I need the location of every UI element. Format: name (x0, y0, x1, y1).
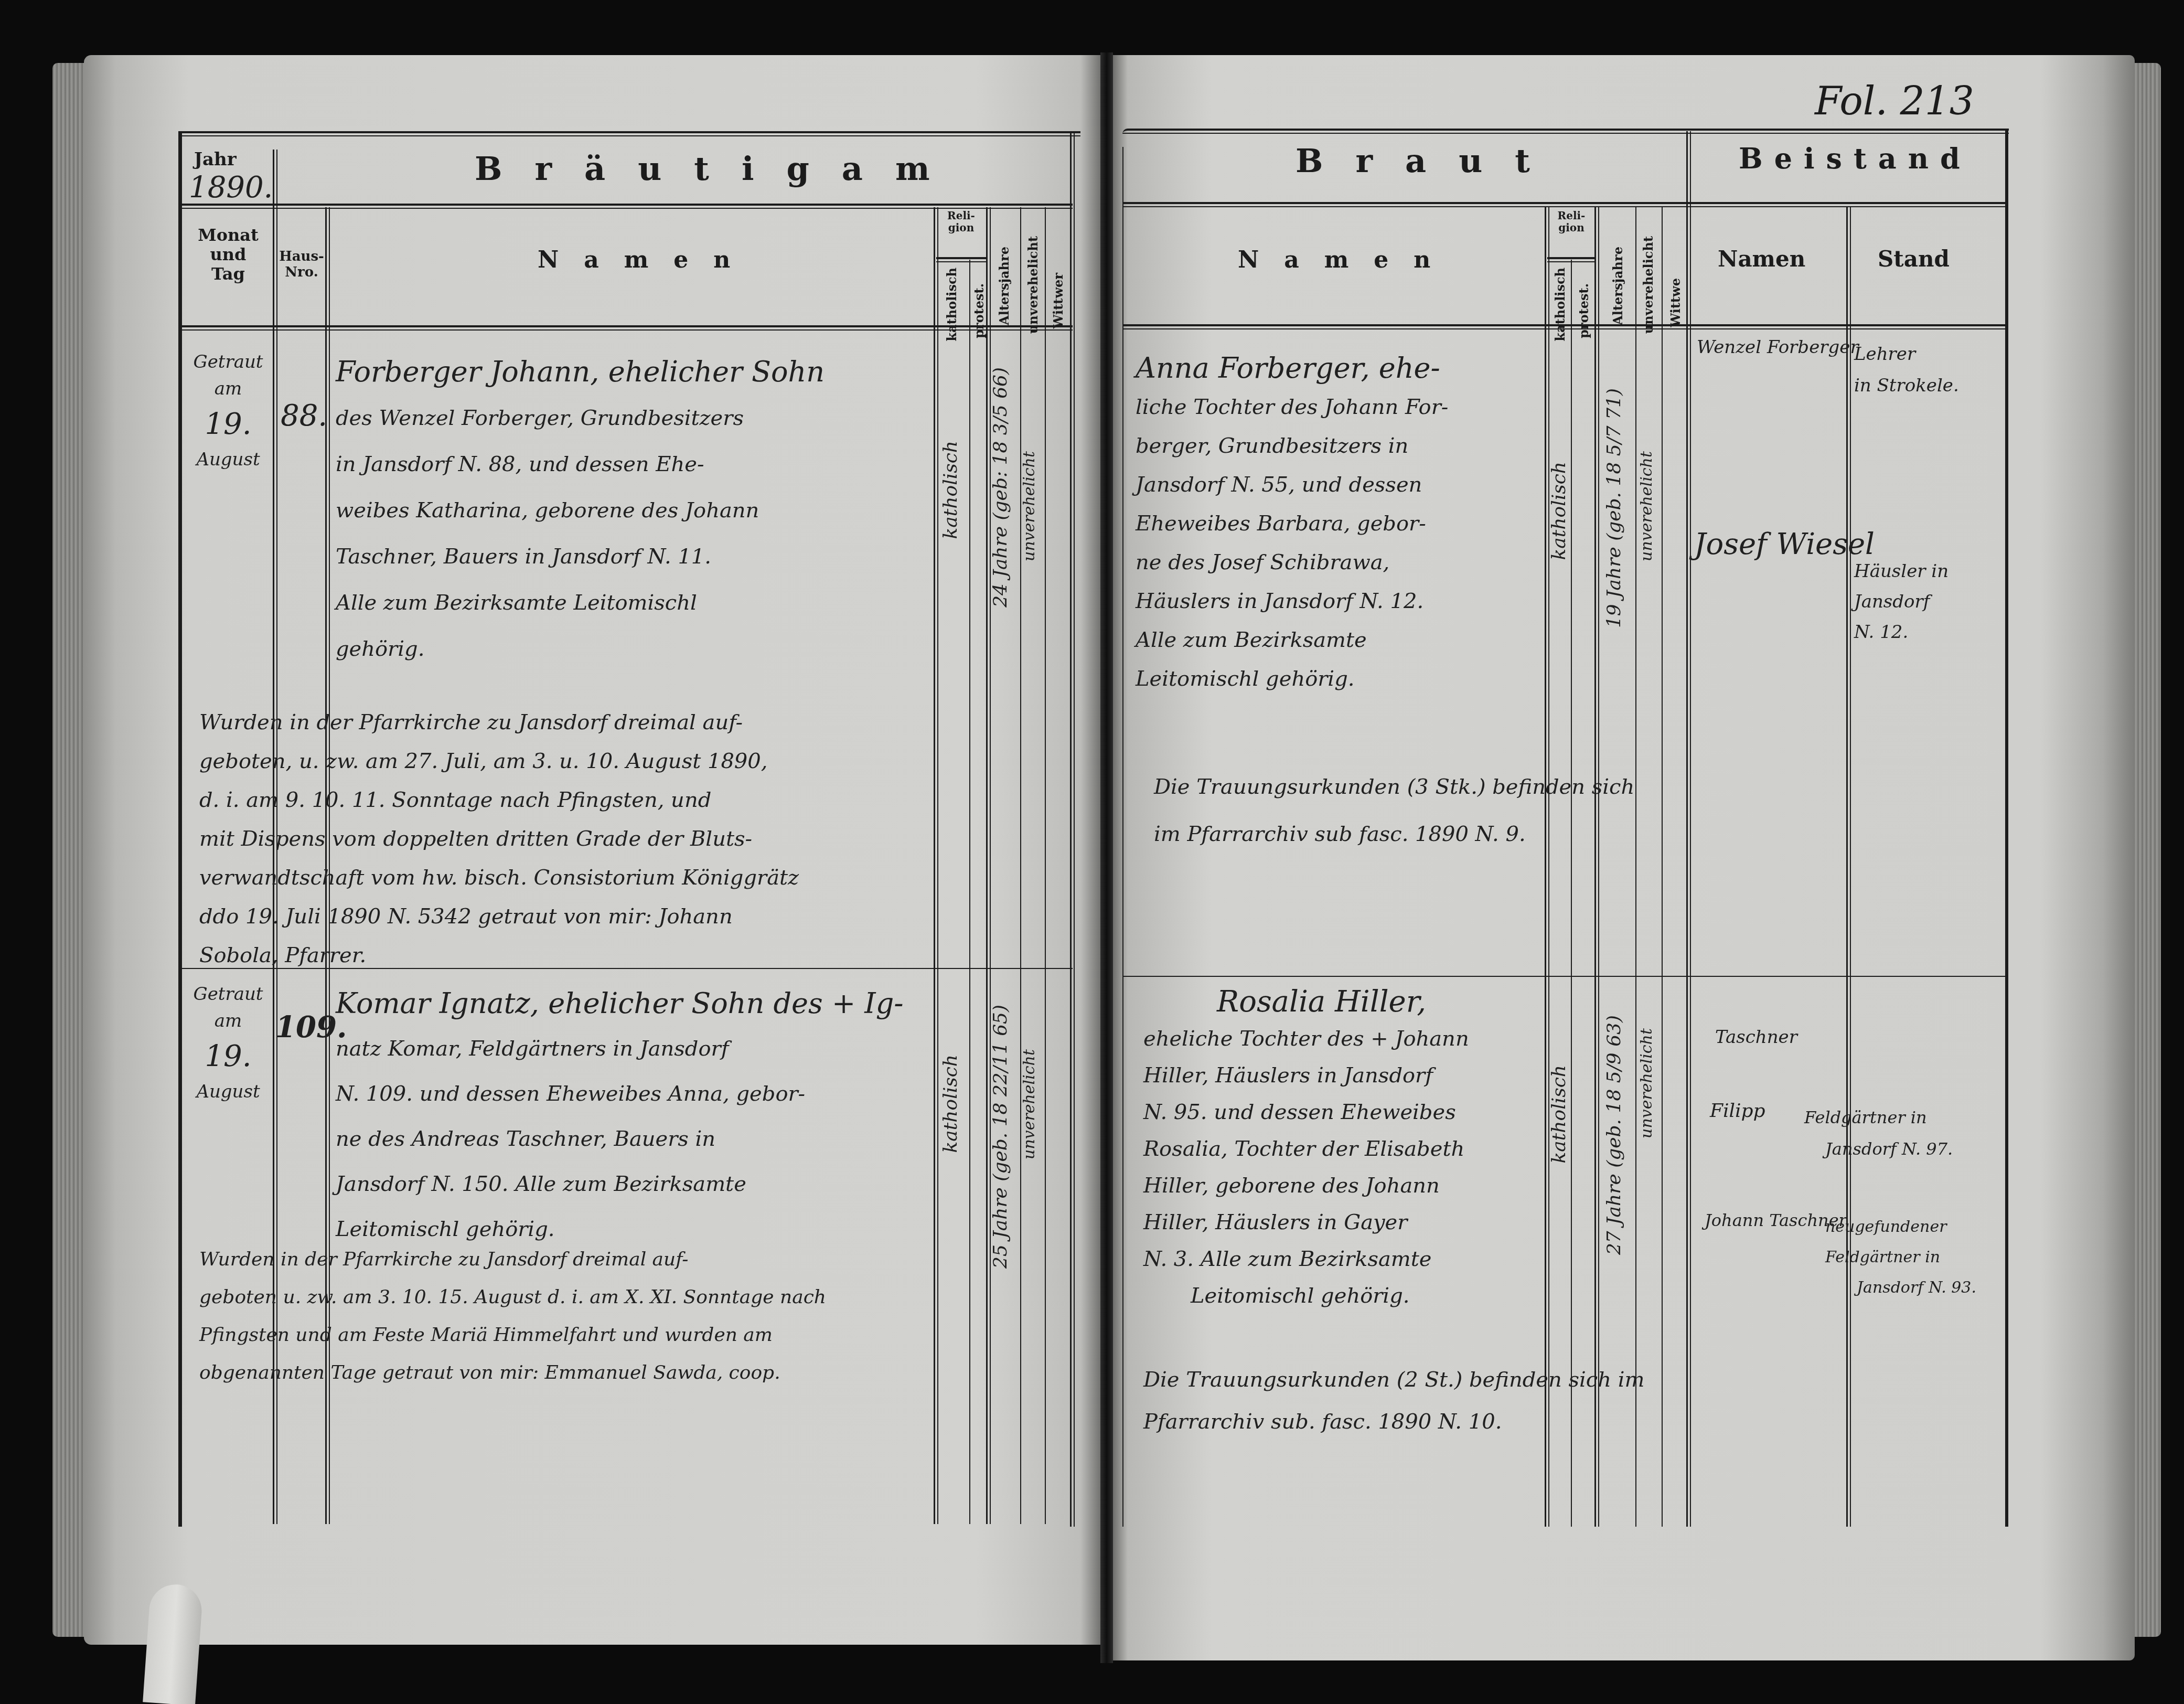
month-day-header: Monat und Tag (186, 226, 270, 283)
bride-names-header: Namen (1238, 247, 1455, 273)
unmarried-col-line (1045, 207, 1046, 1524)
entry-1-proclamation: Wurden in der Pfarrkirche zu Jansdorf dr… (199, 703, 949, 975)
table-top-border (178, 131, 1080, 136)
entry-2-religion: katholisch (941, 1055, 960, 1153)
age-header: Altersjahre (997, 247, 1012, 325)
table-right-border (2005, 129, 2008, 1527)
bride-section-title: Braut (1296, 142, 1562, 180)
entry-2-witness-2-status: Feldgärtner in Jansdorf N. 97. (1804, 1102, 1998, 1165)
table-left-border (178, 131, 182, 1527)
age-header: Altersjahre (1610, 247, 1625, 325)
witness-names-header: Namen (1718, 247, 1805, 272)
header-divider (181, 204, 1073, 209)
unmarried-header: unverehelicht (1025, 236, 1041, 334)
religion-header: Reli- gion (936, 210, 986, 234)
witness-status-col-line (1846, 207, 1851, 1527)
protestant-header: protest. (1576, 283, 1591, 338)
witness-section-title: Beistand (1739, 142, 1972, 175)
entry-1-documents-note: Die Trauungsurkunden (3 Stk.) befinden s… (1154, 763, 1836, 858)
names-col-line (1545, 207, 1549, 1527)
folio-number: Fol. 213 (1815, 79, 1974, 124)
protestant-header: protest. (971, 283, 987, 338)
entry-2-age: 27 Jahre (geb. 18 5/9 63) (1605, 1015, 1624, 1255)
year-col-line (273, 150, 277, 207)
religion-header-split (1547, 257, 1596, 262)
year-label: Jahr (194, 150, 237, 170)
entry-1-witness-2-status: Häusler in Jansdorf N. 12. (1854, 556, 2001, 647)
age-col-line (1020, 207, 1021, 1524)
entry-2-witness-2-name: Filipp (1710, 1102, 1765, 1121)
entry-2-witness-1-name: Taschner (1715, 1028, 1797, 1046)
widower-header: Wittwer (1051, 273, 1066, 328)
unmarried-col-line (1662, 207, 1663, 1527)
entry-1-house-no: 88. (281, 401, 327, 431)
entry-1-religion: katholisch (941, 441, 960, 539)
entry-1-witness-1-status: Lehrer in Strokele. (1854, 338, 2001, 401)
entry-1-age: 24 Jahre (geb: 18 3/5 66) (991, 367, 1010, 608)
religion-split-line (1571, 260, 1572, 1527)
entry-2-groom-description: Komar Ignatz, ehelicher Sohn des + Ig- n… (336, 981, 928, 1252)
groom-section-title: Bräutigam (475, 150, 962, 188)
entry-2-proclamation: Wurden in der Pfarrkirche zu Jansdorf dr… (199, 1241, 949, 1392)
entry-divider (1123, 976, 2007, 977)
entry-1-age: 19 Jahre (geb. 18 5/7 71) (1605, 388, 1624, 628)
entry-2-witness-3-status: neugefundener Feldgärtner in Jansdorf N.… (1825, 1212, 2004, 1303)
religion-header-split (936, 257, 986, 262)
religion-header: Reli- gion (1547, 210, 1596, 234)
entry-2-status: unverehelicht (1022, 1049, 1037, 1159)
entry-2-status: unverehelicht (1639, 1028, 1655, 1138)
entry-1-religion: katholisch (1550, 462, 1569, 560)
table-top-border (1122, 129, 2009, 134)
entry-1-bride-description: Anna Forberger, ehe- liche Tochter des J… (1136, 349, 1545, 698)
entry-1-status: unverehelicht (1022, 451, 1037, 561)
groom-names-header: Namen (538, 247, 755, 273)
entry-1-witness-1-name: Wenzel Forberger (1697, 338, 1859, 356)
widow-header: Wittwe (1668, 278, 1683, 327)
unmarried-header: unverehelicht (1641, 236, 1656, 334)
wooden-bookmark (143, 1583, 204, 1704)
catholic-header: katholisch (1553, 268, 1568, 342)
entry-1-status: unverehelicht (1639, 451, 1655, 561)
entry-2-bride-description: Rosalia Hiller, eheliche Tochter des + J… (1143, 984, 1547, 1314)
header-divider (1123, 202, 2007, 207)
entry-2-documents-note: Die Trauungsurkunden (2 St.) befinden si… (1143, 1359, 1825, 1443)
book-gutter (1100, 52, 1113, 1663)
column-header-bottom (181, 325, 1073, 331)
house-no-header: Haus- Nro. (278, 249, 325, 281)
table-right-border (1070, 131, 1075, 1527)
year-value: 1890. (189, 173, 273, 203)
table-left-border (1122, 147, 1123, 1527)
witness-status-header: Stand (1878, 247, 1950, 272)
entry-1-groom-description: Forberger Johann, ehelicher Sohn des Wen… (336, 349, 928, 672)
age-col-line (1635, 207, 1636, 1527)
entry-2-date: Getraut am 19. August (186, 981, 270, 1105)
religion-split-line (969, 260, 970, 1524)
entry-1-witness-2-name: Josef Wiesel (1694, 530, 1875, 559)
entry-2-religion: katholisch (1550, 1065, 1569, 1163)
catholic-header: katholisch (944, 268, 959, 342)
entry-1-date: Getraut am 19. August (186, 349, 270, 473)
entry-2-age: 25 Jahre (geb. 18 22/11 65) (991, 1005, 1010, 1269)
religion-col-line (1594, 207, 1599, 1527)
